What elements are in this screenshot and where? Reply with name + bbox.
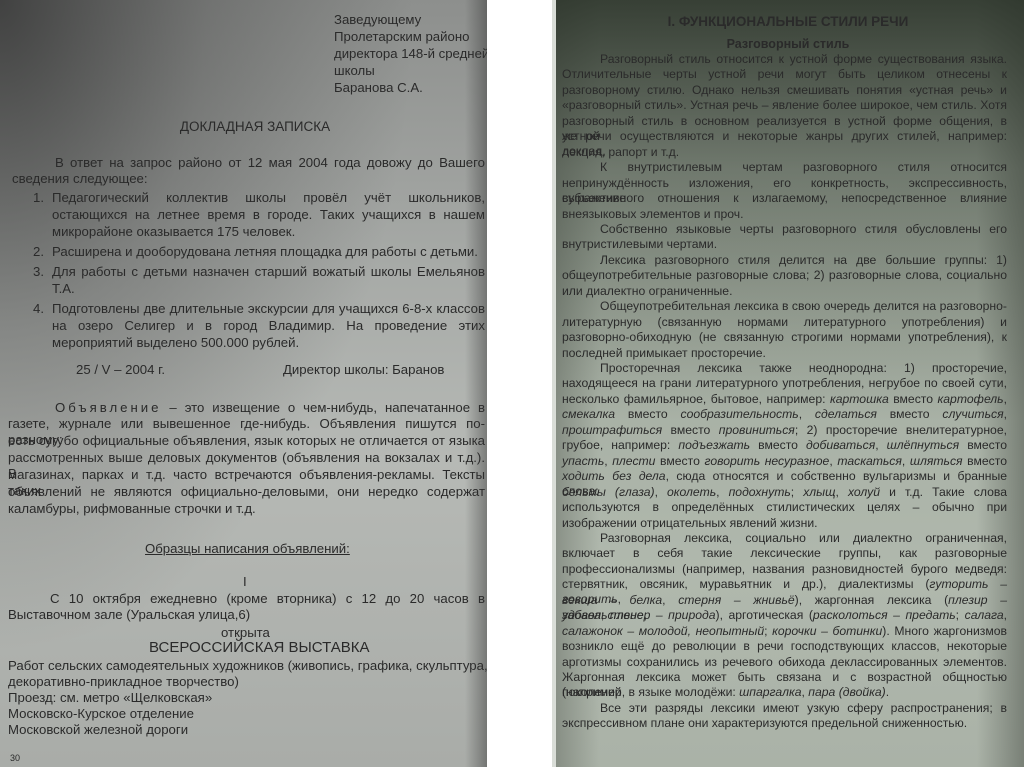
body-line: «разговорный стиль». Устная речь – явлен…: [562, 98, 1007, 113]
body-line: или диалектно ограниченные.: [562, 284, 1007, 299]
sample-title: ВСЕРОССИЙСКАЯ ВЫСТАВКА: [149, 640, 370, 656]
left-page: ЗаведующемуПролетарским районодиректора …: [0, 0, 487, 767]
right-page: I. ФУНКЦИОНАЛЬНЫЕ СТИЛИ РЕЧИ Разговорный…: [552, 0, 1024, 767]
announcement-line: – это извещение о чем-нибудь, напечатанн…: [161, 400, 485, 415]
chapter-title: I. ФУНКЦИОНАЛЬНЫЕ СТИЛИ РЕЧИ: [552, 14, 1024, 30]
item-number: 2.: [33, 244, 44, 260]
sample-detail-line: Московско-Курское отделение: [8, 706, 194, 722]
body-line: Отличительные черты устной речи могут бы…: [562, 67, 1007, 82]
body-line: упасть, плести вместо говорить несуразно…: [562, 454, 1007, 469]
sample-line-2: Выставочном зале (Уральская улица,6): [8, 607, 250, 623]
body-line: находящееся на грани литературного употр…: [562, 376, 1007, 391]
body-line: бельмы (глаза), околеть, подохнуть; хлыщ…: [562, 485, 1007, 500]
body-line: Общеупотребительная лексика в свою очере…: [600, 299, 1007, 314]
announcement-line: каламбуры, рифмованные строчки и т.д.: [8, 501, 485, 517]
sample-detail-line: декоративно-прикладное творчество): [8, 674, 239, 690]
announcement-first-line: Объявление – это извещение о чем-нибудь,…: [55, 400, 485, 416]
body-line: литературную (связанную нормами литерату…: [562, 315, 1007, 330]
body-line: возникло ещё до революции в речи господс…: [562, 639, 1007, 654]
body-line: салажонок – молодой, неопытный; корочки …: [562, 624, 1007, 639]
addressee-line: Баранова С.А.: [334, 80, 423, 96]
body-line: профессионализмы (например, названия раз…: [562, 562, 1007, 577]
addressee-line: школы: [334, 63, 375, 79]
report-date: 25 / V – 2004 г.: [76, 362, 165, 378]
body-line: Разговорный стиль относится к устной фор…: [600, 52, 1007, 67]
body-line: арготизмы сохранились из речевого обиход…: [562, 655, 1007, 670]
body-line: смекалка вместо сообразительность, сдела…: [562, 407, 1007, 422]
item-line: остающихся на летнее время в городе. Так…: [52, 207, 485, 223]
item-line: микрорайоне оказывается 175 человек.: [52, 224, 485, 240]
item-line: на озеро Селигер и в город Владимир. На …: [52, 318, 485, 334]
page-gutter: [487, 0, 552, 767]
body-line: разговорно-обиходную (не связанную строг…: [562, 330, 1007, 345]
document-title: ДОКЛАДНАЯ ЗАПИСКА: [140, 119, 370, 135]
body-line: лекция, рапорт и т.д.: [562, 145, 1007, 160]
addressee-line: Пролетарским районо: [334, 29, 469, 45]
intro-line-2: сведения следующее:: [12, 171, 148, 187]
item-number: 1.: [33, 190, 44, 206]
item-line: мероприятий выделено 500.000 рублей.: [52, 335, 485, 351]
sample-number: I: [243, 574, 247, 590]
body-line: изображении отрицательных явлений жизни.: [562, 516, 1007, 531]
body-line: Просторечная лексика также неоднородна: …: [600, 361, 1007, 376]
intro-line-1: В ответ на запрос районо от 12 мая 2004 …: [55, 155, 485, 171]
body-line: внутристилевыми чертами.: [562, 237, 1007, 252]
item-line: Подготовлены две длительные экскурсии дл…: [52, 301, 485, 317]
announcement-line: объявлений не являются официально-деловы…: [8, 484, 485, 500]
item-number: 3.: [33, 264, 44, 280]
sample-line-1: С 10 октября ежедневно (кроме вторника) …: [50, 591, 485, 607]
body-line: включает в себя такие лексические группы…: [562, 546, 1007, 561]
announcement-term: Объявление: [55, 400, 161, 415]
body-line: забава; пленер – природа), арготическая …: [562, 608, 1007, 623]
report-signature: Директор школы: Баранов: [283, 362, 444, 378]
item-number: 4.: [33, 301, 44, 317]
body-line: разговорному стилю. Однако нельзя смешив…: [562, 83, 1007, 98]
body-line: несколько фамильярное, бытовое, например…: [562, 392, 1007, 407]
body-line: общеупотребительные разговорные слова; 2…: [562, 268, 1007, 283]
addressee-line: директора 148-й средней: [334, 46, 487, 62]
body-line: Все эти разряды лексики имеют узкую сфер…: [600, 701, 1007, 716]
body-line: Лексика разговорного стиля делится на дв…: [600, 253, 1007, 268]
samples-heading: Образцы написания объявлений:: [145, 541, 350, 557]
body-line: внеязыковых элементов и проч.: [562, 207, 1007, 222]
body-line: используются в определённых стилистическ…: [562, 500, 1007, 515]
body-line: последней примыкает просторечие.: [562, 346, 1007, 361]
sample-detail-line: Работ сельских самодеятельных художников…: [8, 658, 487, 674]
announcement-line: есть сугубо официальные объявления, язык…: [8, 433, 485, 449]
item-line: Т.А.: [52, 281, 485, 297]
addressee-line: Заведующему: [334, 12, 421, 28]
body-line: экспрессивном плане они характеризуются …: [562, 716, 1007, 731]
item-line: Для работы с детьми назначен старший вож…: [52, 264, 485, 280]
body-line: грубое, например: подъезжать вместо доби…: [562, 438, 1007, 453]
page-number: 30: [10, 750, 20, 766]
item-line: Педагогический коллектив школы провёл уч…: [52, 190, 485, 206]
sample-detail-line: Проезд: см. метро «Щелковская»: [8, 690, 212, 706]
item-line: Расширена и дооборудована летняя площадк…: [52, 244, 485, 260]
body-line: (например, в языке молодёжи: шпаргалка, …: [562, 685, 1007, 700]
body-line: Разговорная лексика, социально или диале…: [600, 531, 1007, 546]
body-line: Собственно языковые черты разговорного с…: [600, 222, 1007, 237]
body-line: К внутристилевым чертам разговорного сти…: [600, 160, 1007, 175]
section-title: Разговорный стиль: [552, 36, 1024, 52]
sample-detail-line: Московской железной дороги: [8, 722, 188, 738]
body-line: проштрафиться вместо провиниться; 2) про…: [562, 423, 1007, 438]
body-line: субъективного отношения к излагаемому, н…: [562, 191, 1007, 206]
